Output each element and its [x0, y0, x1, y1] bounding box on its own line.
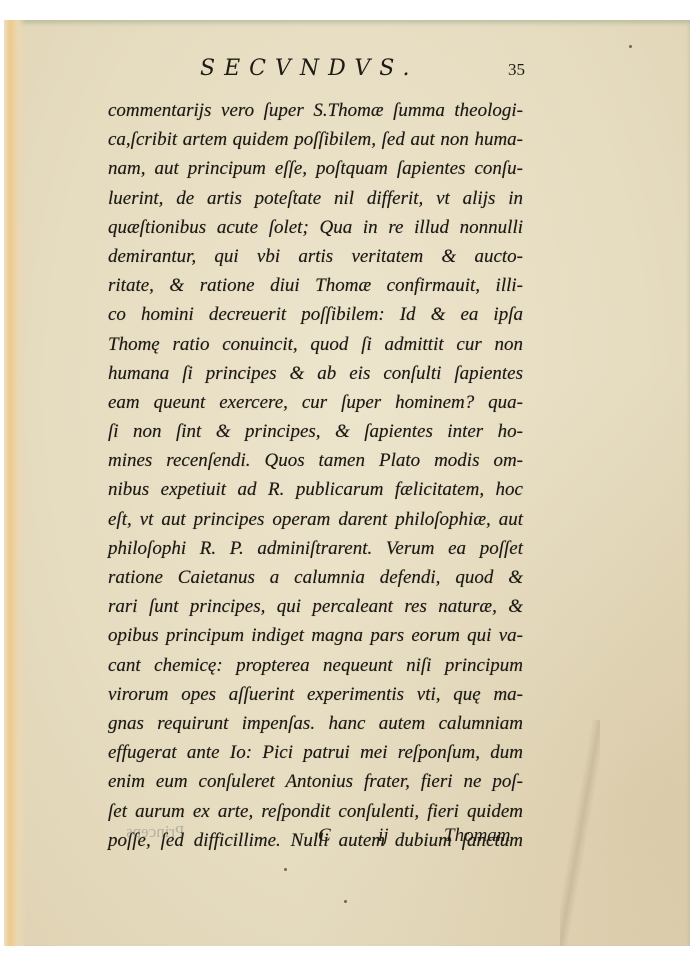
- text-line: philoſophi R. P. adminiſtrarent. Verum e…: [108, 534, 523, 563]
- text-line: eſt, vt aut principes operam darent phil…: [108, 505, 523, 534]
- text-line: eam queunt exercere, cur ſuper hominem? …: [108, 388, 523, 417]
- text-line: opibus principum indiget magna pars eoru…: [108, 621, 523, 650]
- catchword: Thomam: [444, 825, 511, 847]
- text-line: luerint, de artis poteſtate nil differit…: [108, 184, 523, 213]
- text-line: ratione Caietanus a calumnia defendi, qu…: [108, 563, 523, 592]
- text-line: humana ſi principes & ab eis conſulti ſa…: [108, 359, 523, 388]
- signature-number: ij: [378, 825, 389, 847]
- text-line: effugerat ante Io: Pici patrui mei reſpo…: [108, 738, 523, 767]
- body-text: commentarijs vero ſuper S.Thomæ ſumma th…: [108, 96, 523, 855]
- text-line: quæſtionibus acute ſolet; Qua in re illu…: [108, 213, 523, 242]
- text-line: nibus expetiuit ad R. publicarum fælicit…: [108, 475, 523, 504]
- text-line: commentarijs vero ſuper S.Thomæ ſumma th…: [108, 96, 523, 125]
- text-line: mines recenſendi. Quos tamen Plato modis…: [108, 446, 523, 475]
- page-number: 35: [508, 60, 525, 80]
- signature-mark: C: [318, 825, 331, 847]
- signature-line: C ij Thomam: [108, 825, 523, 853]
- foxing-spot: [344, 900, 347, 903]
- text-line: demirantur, qui vbi artis veritatem & au…: [108, 242, 523, 271]
- text-line: ca,ſcribit artem quidem poſſibilem, ſed …: [108, 125, 523, 154]
- text-line: enim eum conſuleret Antonius frater, fie…: [108, 767, 523, 796]
- foxing-spot: [284, 868, 287, 871]
- text-line: co homini decreuerit poſſibilem: Id & ea…: [108, 300, 523, 329]
- text-line: gnas requirunt impenſas. hanc autem calu…: [108, 709, 523, 738]
- text-line: cant chemicę: propterea nequeunt niſi pr…: [108, 651, 523, 680]
- running-head: SECVNDVS.: [200, 56, 419, 81]
- text-line: ritate, & ratione diui Thomæ confirmauit…: [108, 271, 523, 300]
- text-line: virorum opes aſſuerint experimentis vti,…: [108, 680, 523, 709]
- foxing-spot: [629, 45, 632, 48]
- text-line: nam, aut principum eſſe, poſtquam ſapien…: [108, 154, 523, 183]
- text-line: rari ſunt principes, qui percaleant res …: [108, 592, 523, 621]
- text-line: Thomę ratio conuincit, quod ſi admittit …: [108, 330, 523, 359]
- text-line: ſi non ſint & principes, & ſapientes int…: [108, 417, 523, 446]
